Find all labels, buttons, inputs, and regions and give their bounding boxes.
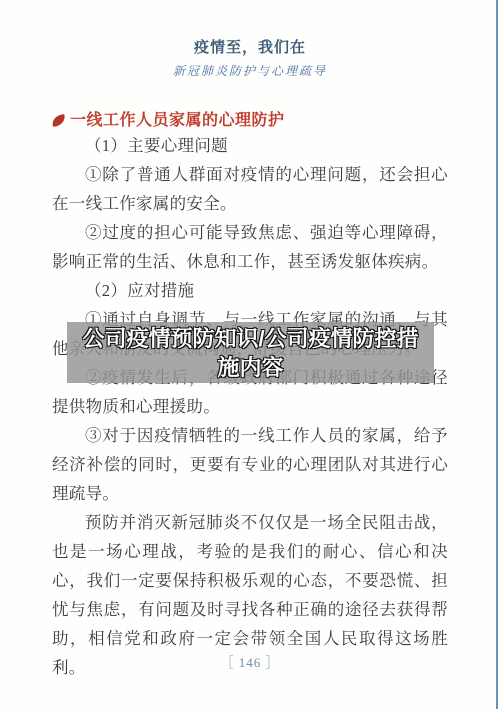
section-heading: 一线工作人员家属的心理防护 bbox=[52, 107, 448, 130]
book-page: 疫情至，我们在 新冠肺炎防护与心理疏导 一线工作人员家属的心理防护 （1）主要心… bbox=[0, 0, 500, 709]
page-edge-line bbox=[496, 0, 498, 709]
section-heading-text: 一线工作人员家属的心理防护 bbox=[70, 112, 285, 129]
paragraph-measure-3: ③对于因疫情牺牲的一线工作人员的家属，给予经济补偿的同时，更要有专业的心理团队对… bbox=[52, 421, 448, 508]
paragraph-issue-1: ①除了普通人群面对疫情的心理问题，还会担心在一线工作家属的安全。 bbox=[52, 160, 448, 218]
body-text: （1）主要心理问题 ①除了普通人群面对疫情的心理问题，还会担心在一线工作家属的安… bbox=[52, 131, 448, 682]
subheading-main-issues: （1）主要心理问题 bbox=[52, 131, 448, 160]
book-title: 疫情至，我们在 bbox=[0, 36, 500, 57]
caption-overlay: 公司疫情预防知识/公司疫情防控措 施内容 bbox=[67, 322, 434, 383]
caption-overlay-line-2: 施内容 bbox=[217, 353, 283, 382]
page-number: ［ 146 ］ bbox=[0, 652, 500, 671]
caption-overlay-line-1: 公司疫情预防知识/公司疫情防控措 bbox=[82, 324, 418, 353]
page-header: 疫情至，我们在 新冠肺炎防护与心理疏导 bbox=[0, 36, 500, 79]
leaf-icon bbox=[51, 114, 65, 127]
book-subtitle: 新冠肺炎防护与心理疏导 bbox=[0, 62, 500, 79]
subheading-countermeasures: （2）应对措施 bbox=[52, 276, 448, 305]
paragraph-issue-2: ②过度的担心可能导致焦虑、强迫等心理障碍，影响正常的生活、休息和工作，甚至诱发躯… bbox=[52, 218, 448, 276]
